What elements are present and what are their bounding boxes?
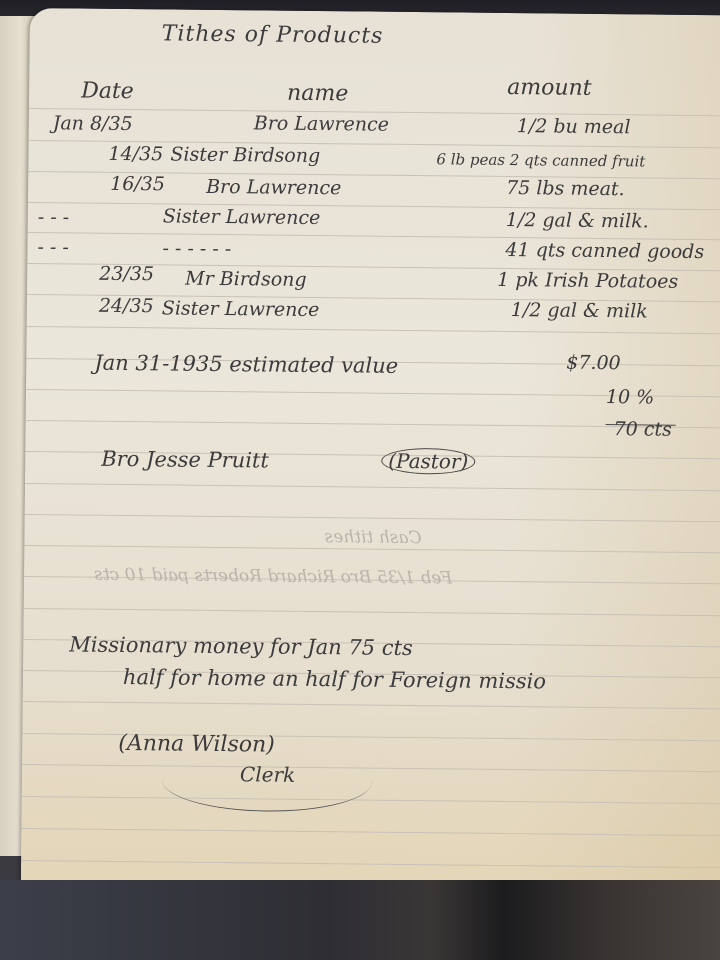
pastor-title: (Pastor) bbox=[381, 448, 475, 475]
signature-flourish bbox=[162, 749, 373, 812]
entry-name: Bro Lawrence bbox=[254, 112, 389, 135]
entry-amount: 1 pk Irish Potatoes bbox=[497, 269, 678, 293]
entry-date: - - - bbox=[38, 206, 70, 228]
entry-name: - - - - - - bbox=[162, 237, 231, 260]
column-header-amount: amount bbox=[507, 75, 592, 101]
notebook-page: Tithes of Products Date name amount Jan … bbox=[21, 8, 720, 911]
entry-name: Bro Lawrence bbox=[206, 176, 341, 199]
tithe-result: 70 cts bbox=[614, 418, 672, 441]
entry-date: 16/35 bbox=[110, 173, 165, 196]
column-header-name: name bbox=[287, 81, 348, 107]
entry-amount: 1/2 bu meal bbox=[517, 115, 631, 138]
entry-date: 23/35 bbox=[99, 263, 154, 286]
missionary-note: Missionary money for Jan 75 cts bbox=[69, 632, 413, 660]
column-header-date: Date bbox=[81, 79, 134, 105]
entry-date: - - - bbox=[37, 236, 69, 258]
estimated-value: $7.00 bbox=[566, 352, 621, 375]
pastor-name: Bro Jesse Pruitt bbox=[101, 447, 269, 473]
estimated-value-label: Jan 31-1935 estimated value bbox=[94, 351, 398, 378]
entry-name: Sister Lawrence bbox=[162, 297, 320, 321]
entry-amount: 75 lbs meat. bbox=[506, 177, 625, 200]
background-dark-bottom bbox=[0, 880, 720, 960]
entry-amount: 6 lb peas 2 qts canned fruit bbox=[436, 150, 645, 170]
entry-date: Jan 8/35 bbox=[53, 112, 133, 135]
bleed-through-text: Cash tithes bbox=[324, 527, 421, 548]
entry-name: Sister Birdsong bbox=[170, 143, 320, 167]
entry-date: 24/35 bbox=[99, 295, 154, 318]
entry-amount: 1/2 gal & milk. bbox=[506, 209, 649, 232]
tithe-percent: 10 % bbox=[606, 386, 655, 409]
entry-name: Mr Birdsong bbox=[185, 268, 307, 291]
entry-name: Sister Lawrence bbox=[163, 205, 321, 229]
page-title: Tithes of Products bbox=[162, 21, 384, 48]
missionary-split: half for home an half for Foreign missio bbox=[123, 665, 546, 693]
entry-amount: 41 qts canned goods bbox=[505, 239, 704, 263]
entry-amount: 1/2 gal & milk bbox=[511, 299, 648, 322]
bleed-through-text: Feb 1/35 Bro Richard Roberts paid 10 cts bbox=[94, 565, 452, 589]
entry-date: 14/35 bbox=[108, 143, 163, 166]
